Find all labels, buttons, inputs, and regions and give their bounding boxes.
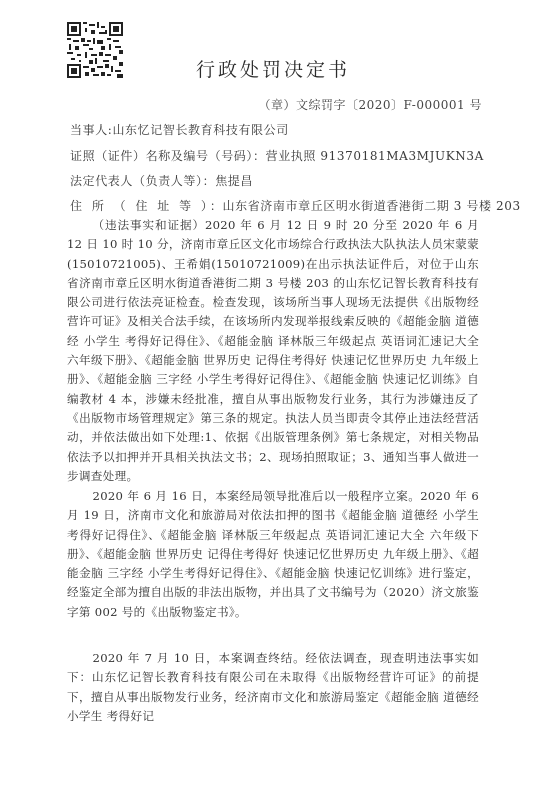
license-info: 证照（证件）名称及编号（号码）：营业执照 91370181MA3MJUKN3A [70, 147, 484, 164]
case-filing-paragraph: 2020 年 6 月 16 日，本案经局领导批准后以一般程序立案。2020 年 … [67, 487, 479, 622]
document-title: 行政处罚决定书 [0, 55, 546, 82]
address-row: 住 所 （ 住 址 等 ）：山东省济南市章丘区明水街道香港街二期 3 号楼 20… [70, 197, 521, 214]
paragraph-3: 2020 年 7 月 10 日，本案调查终结。经依法调查，现查明违法事实如下：山… [67, 649, 479, 726]
address-value: ：山东省济南市章丘区明水街道香港街二期 3 号楼 203 [210, 199, 521, 213]
address-label: 住 所 （ 住 址 等 ） [70, 199, 210, 213]
document-number: （章）文综罚字〔2020〕F-000001 号 [258, 96, 482, 113]
paragraph-1: （违法事实和证据）2020 年 6 月 12 日 9 时 20 分至 2020 … [67, 216, 479, 486]
party-name: 当事人:山东忆记智长教育科技有限公司 [70, 121, 289, 138]
legal-representative: 法定代表人（负责人等）：焦提昌 [70, 172, 253, 189]
investigation-conclusion-paragraph: 2020 年 7 月 10 日，本案调查终结。经依法调查，现查明违法事实如下：山… [67, 649, 479, 726]
paragraph-2: 2020 年 6 月 16 日，本案经局领导批准后以一般程序立案。2020 年 … [67, 487, 479, 622]
violation-facts-paragraph: （违法事实和证据）2020 年 6 月 12 日 9 时 20 分至 2020 … [67, 216, 479, 486]
